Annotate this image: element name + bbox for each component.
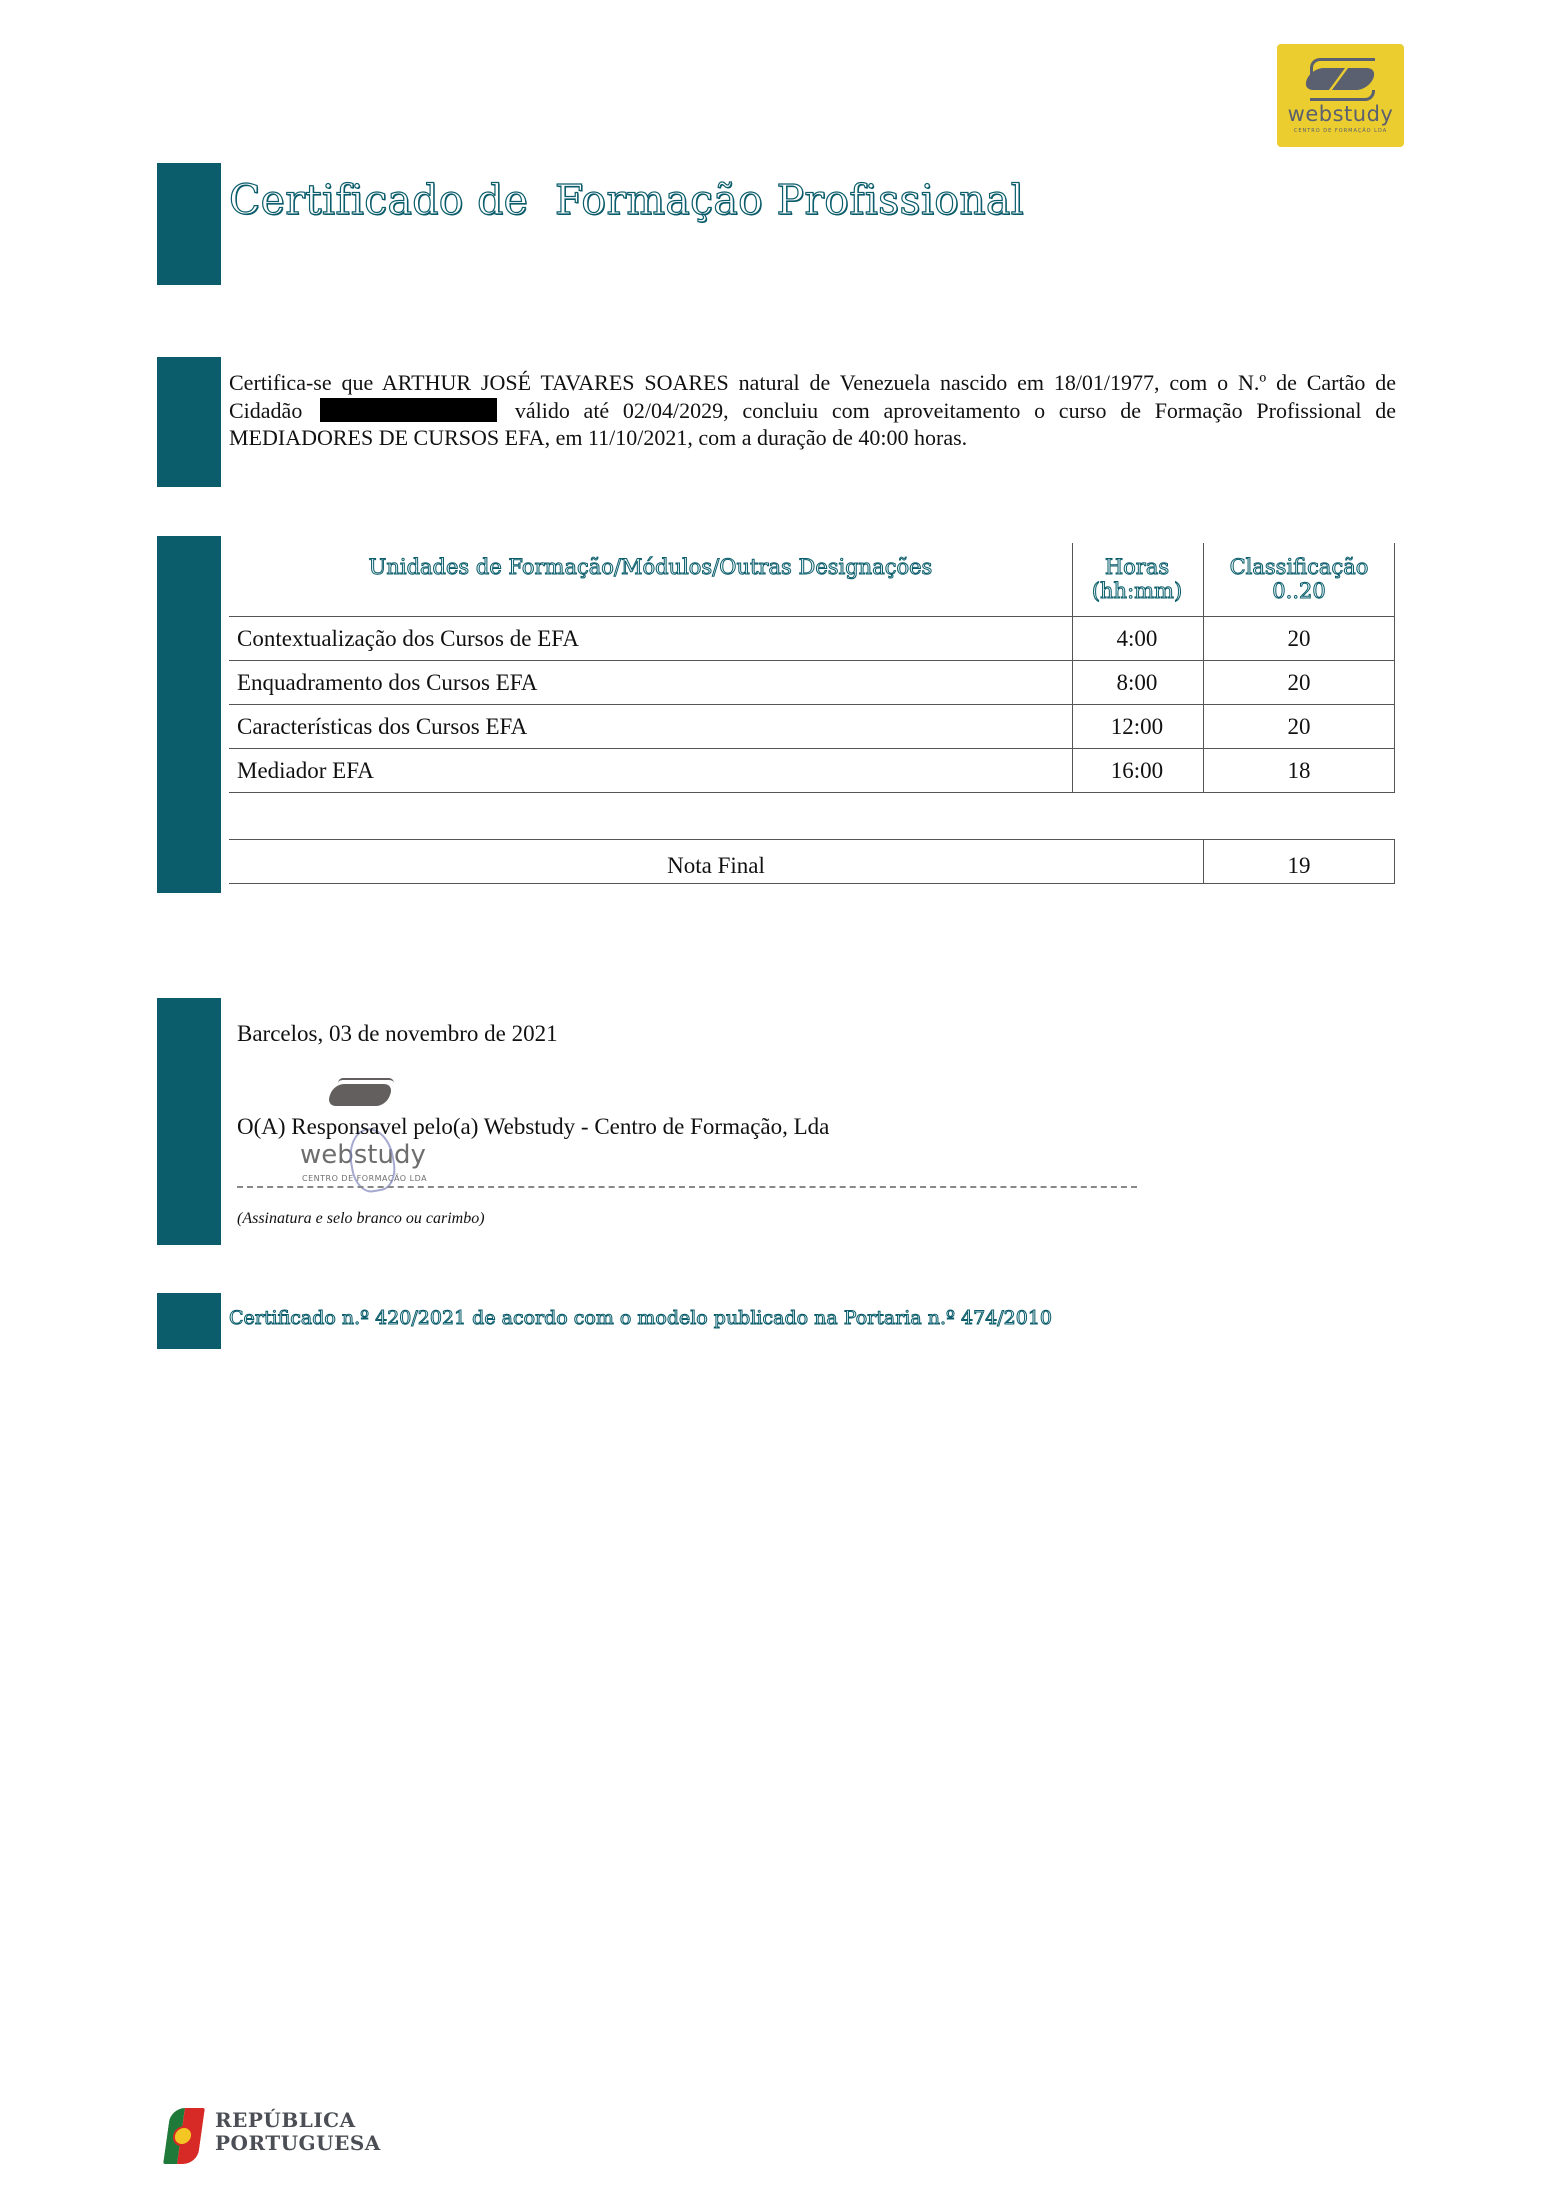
module-grade: 20 [1203, 714, 1395, 740]
government-name: REPÚBLICA PORTUGUESA [215, 2109, 381, 2155]
final-grade-row: Nota Final 19 [229, 839, 1395, 883]
certificate-statement: Certifica-se que ARTHUR JOSÉ TAVARES SOA… [229, 369, 1396, 452]
module-name: Características dos Cursos EFA [237, 714, 527, 740]
redacted-id-number [320, 398, 497, 422]
signature-accent-bar [157, 998, 221, 1245]
module-name: Contextualização dos Cursos de EFA [237, 626, 579, 652]
table-header: Unidades de Formação/Módulos/Outras Desi… [229, 543, 1395, 615]
certificate-reference: Certificado n.º 420/2021 de acordo com o… [229, 1307, 1052, 1329]
portugal-flag-icon [163, 2108, 205, 2164]
webstudy-logo: webstudy CENTRO DE FORMAÇÃO LDA [1277, 44, 1404, 147]
table-accent-bar [157, 536, 221, 893]
module-name: Mediador EFA [237, 758, 374, 784]
logo-mark-bottom [1310, 90, 1375, 101]
table-row: Características dos Cursos EFA 12:00 20 [229, 704, 1395, 748]
logo-wordmark: webstudy [1277, 102, 1404, 126]
republica-portuguesa-logo: REPÚBLICA PORTUGUESA [163, 2105, 383, 2165]
modules-table: Unidades de Formação/Módulos/Outras Desi… [229, 543, 1395, 615]
header-hours-line1: Horas [1072, 555, 1202, 579]
signature-line [237, 1186, 1137, 1188]
module-grade: 18 [1203, 758, 1395, 784]
module-name: Enquadramento dos Cursos EFA [237, 670, 537, 696]
gov-line2: PORTUGUESA [215, 2132, 381, 2155]
title-accent-bar [157, 163, 221, 285]
module-hours: 12:00 [1072, 714, 1202, 740]
module-hours: 8:00 [1072, 670, 1202, 696]
table-row: Contextualização dos Cursos de EFA 4:00 … [229, 616, 1395, 660]
table-row: Enquadramento dos Cursos EFA 8:00 20 [229, 660, 1395, 704]
logo-mark-band [1302, 68, 1378, 90]
logo-tagline: CENTRO DE FORMAÇÃO LDA [1277, 128, 1404, 134]
divider [229, 883, 1395, 884]
signature-note: (Assinatura e selo branco ou carimbo) [237, 1210, 485, 1228]
final-grade-label: Nota Final [229, 853, 1203, 879]
module-hours: 16:00 [1072, 758, 1202, 784]
header-grade-line1: Classificação [1203, 555, 1395, 579]
header-hours-line2: (hh:mm) [1072, 579, 1202, 603]
divider [229, 792, 1395, 793]
gov-line1: REPÚBLICA [215, 2109, 381, 2132]
divider [229, 839, 1395, 840]
module-hours: 4:00 [1072, 626, 1202, 652]
responsible-line: O(A) Responsavel pelo(a) Webstudy - Cent… [237, 1114, 829, 1140]
paragraph-accent-bar [157, 357, 221, 487]
table-row: Mediador EFA 16:00 18 [229, 748, 1395, 792]
footer-accent-bar [157, 1293, 221, 1349]
header-grade-line2: 0..20 [1203, 579, 1395, 603]
page-title: Certificado de Formação Profissional [229, 176, 1024, 224]
stamp-band [326, 1084, 394, 1106]
module-grade: 20 [1203, 670, 1395, 696]
module-grade: 20 [1203, 626, 1395, 652]
place-date: Barcelos, 03 de novembro de 2021 [237, 1021, 558, 1047]
final-grade-value: 19 [1203, 853, 1395, 879]
